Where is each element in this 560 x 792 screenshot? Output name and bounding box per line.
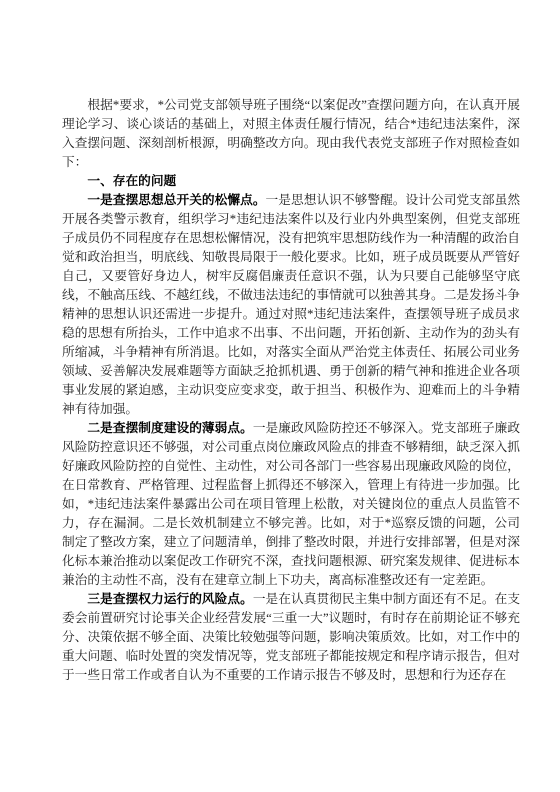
intro-paragraph: 根据*要求，*公司党支部领导班子围绕“以案促改”查摆问题方向，在认真开展理论学习… bbox=[62, 96, 520, 172]
issue-body-1: 一是思想认识不够警醒。设计公司党支部虽然开展各类警示教育，组织学习*违纪违法案件… bbox=[62, 193, 520, 416]
issue-paragraph-3: 三是查摆权力运行的风险点。一是在认真贯彻民主集中制方面还有不足。在支委会前置研究… bbox=[62, 590, 520, 685]
issue-lead-1: 一是查摆思想总开关的松懈点。 bbox=[87, 193, 265, 207]
document-page: 根据*要求，*公司党支部领导班子围绕“以案促改”查摆问题方向，在认真开展理论学习… bbox=[0, 0, 560, 792]
issue-paragraph-1: 一是查摆思想总开关的松懈点。一是思想认识不够警醒。设计公司党支部虽然开展各类警示… bbox=[62, 191, 520, 419]
issue-lead-3: 三是查摆权力运行的风险点。 bbox=[87, 592, 252, 606]
issue-body-2: 一是廉政风险防控还不够深入。党支部班子廉政风险防控意识还不够强，对公司重点岗位廉… bbox=[62, 421, 520, 587]
section-heading: 一、存在的问题 bbox=[62, 172, 520, 191]
issue-lead-2: 二是查摆制度建设的薄弱点。 bbox=[87, 421, 252, 435]
issue-paragraph-2: 二是查摆制度建设的薄弱点。一是廉政风险防控还不够深入。党支部班子廉政风险防控意识… bbox=[62, 419, 520, 590]
